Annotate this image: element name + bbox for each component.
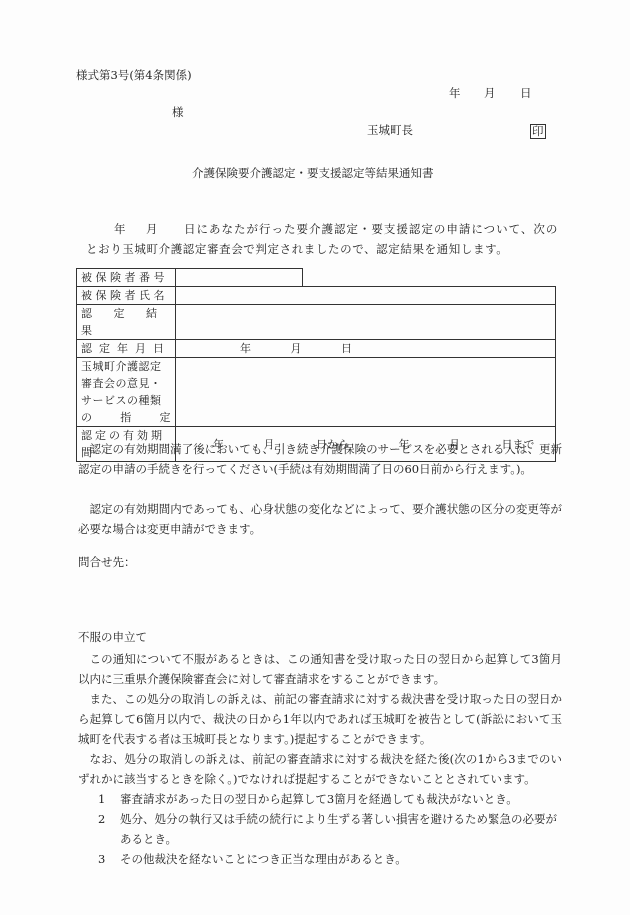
value-cert-date: 年 月 日 — [176, 340, 556, 358]
list-number: 2 — [98, 809, 120, 829]
table-row-date: 認定年月日 年 月 日 — [77, 340, 556, 358]
label-opinion-line2: 審査会の意見・ — [81, 375, 171, 392]
value-result — [176, 305, 556, 340]
cert-day: 日 — [341, 340, 352, 357]
appeal-list-item-3: 3その他裁決を経ないことにつき正当な理由があるとき。 — [98, 849, 560, 869]
seal-icon: 印 — [530, 124, 546, 139]
appeal-paragraph-2: また、この処分の取消しの訴えは、前記の審査請求に対する裁決書を受け取った日の翌日… — [78, 689, 562, 749]
list-text: その他裁決を経ないことにつき正当な理由があるとき。 — [120, 852, 407, 866]
value-insured-number — [176, 269, 303, 287]
appeal-list-item-2: 2処分、処分の執行又は手続の続行により生ずる著しい損害を避けるため緊急の必要があ… — [98, 809, 560, 849]
issuer-name: 玉城町長 — [367, 125, 413, 137]
cert-year: 年 — [240, 340, 251, 357]
table-row-insured-number: 被保険者番号 — [77, 269, 556, 287]
intro-text: 日にあなたが行った要介護認定・要支援認定の申請について、次のとおり玉城町介護認定… — [86, 219, 558, 259]
seal-stamp: 印 — [530, 124, 546, 139]
note-change: 認定の有効期間内であっても、心身状態の変化などによって、要介護状態の区分の変更等… — [78, 499, 562, 539]
result-table: 被保険者番号 被保険者氏名 認 定 結 果 認定年月日 年 月 日 玉城町介護認… — [76, 268, 556, 462]
label-cert-date: 認定年月日 — [77, 340, 176, 358]
appeal-heading: 不服の申立て — [78, 632, 147, 644]
table-row-result: 認 定 結 果 — [77, 305, 556, 340]
cert-month: 月 — [291, 340, 302, 357]
list-number: 1 — [98, 789, 120, 809]
issue-date-year: 年 — [449, 88, 461, 100]
recipient-suffix: 様 — [172, 107, 184, 119]
appeal-paragraph-3: なお、処分の取消しの訴えは、前記の審査請求に対する裁決を経た後(次の1から3まで… — [78, 749, 562, 789]
label-opinion: 玉城町介護認定 審査会の意見・ サービスの種類 の指定 — [77, 358, 176, 427]
note-renewal: 認定の有効期間満了後においても、引き続き介護保険のサービスを必要とされる人は、更… — [78, 439, 562, 479]
label-result: 認 定 結 果 — [77, 305, 176, 340]
document-title: 介護保険要介護認定・要支援認定等結果通知書 — [192, 168, 434, 180]
label-opinion-line3: サービスの種類 — [81, 392, 171, 409]
table-row-insured-name: 被保険者氏名 — [77, 287, 556, 305]
issue-date-month: 月 — [484, 88, 496, 100]
value-opinion — [176, 358, 556, 427]
list-number: 3 — [98, 849, 120, 869]
contact-label: 問合せ先： — [78, 557, 136, 569]
table-blank — [303, 269, 556, 287]
label-opinion-line1: 玉城町介護認定 — [81, 358, 171, 375]
label-opinion-line4: の指定 — [81, 409, 171, 426]
issue-date-day: 日 — [520, 88, 532, 100]
form-number: 様式第3号(第4条関係) — [76, 70, 192, 82]
label-insured-number: 被保険者番号 — [77, 269, 176, 287]
list-text: 処分、処分の執行又は手続の続行により生ずる著しい損害を避けるため緊急の必要がある… — [120, 812, 557, 846]
appeal-paragraph-1: この通知について不服があるときは、この通知書を受け取った日の翌日から起算して3箇… — [78, 649, 562, 689]
label-insured-name: 被保険者氏名 — [77, 287, 176, 305]
appeal-list-item-1: 1審査請求があった日の翌日から起算して3箇月を経過しても裁決がないとき。 — [98, 789, 560, 809]
list-text: 審査請求があった日の翌日から起算して3箇月を経過しても裁決がないとき。 — [120, 792, 518, 806]
table-row-opinion: 玉城町介護認定 審査会の意見・ サービスの種類 の指定 — [77, 358, 556, 427]
value-insured-name — [176, 287, 556, 305]
